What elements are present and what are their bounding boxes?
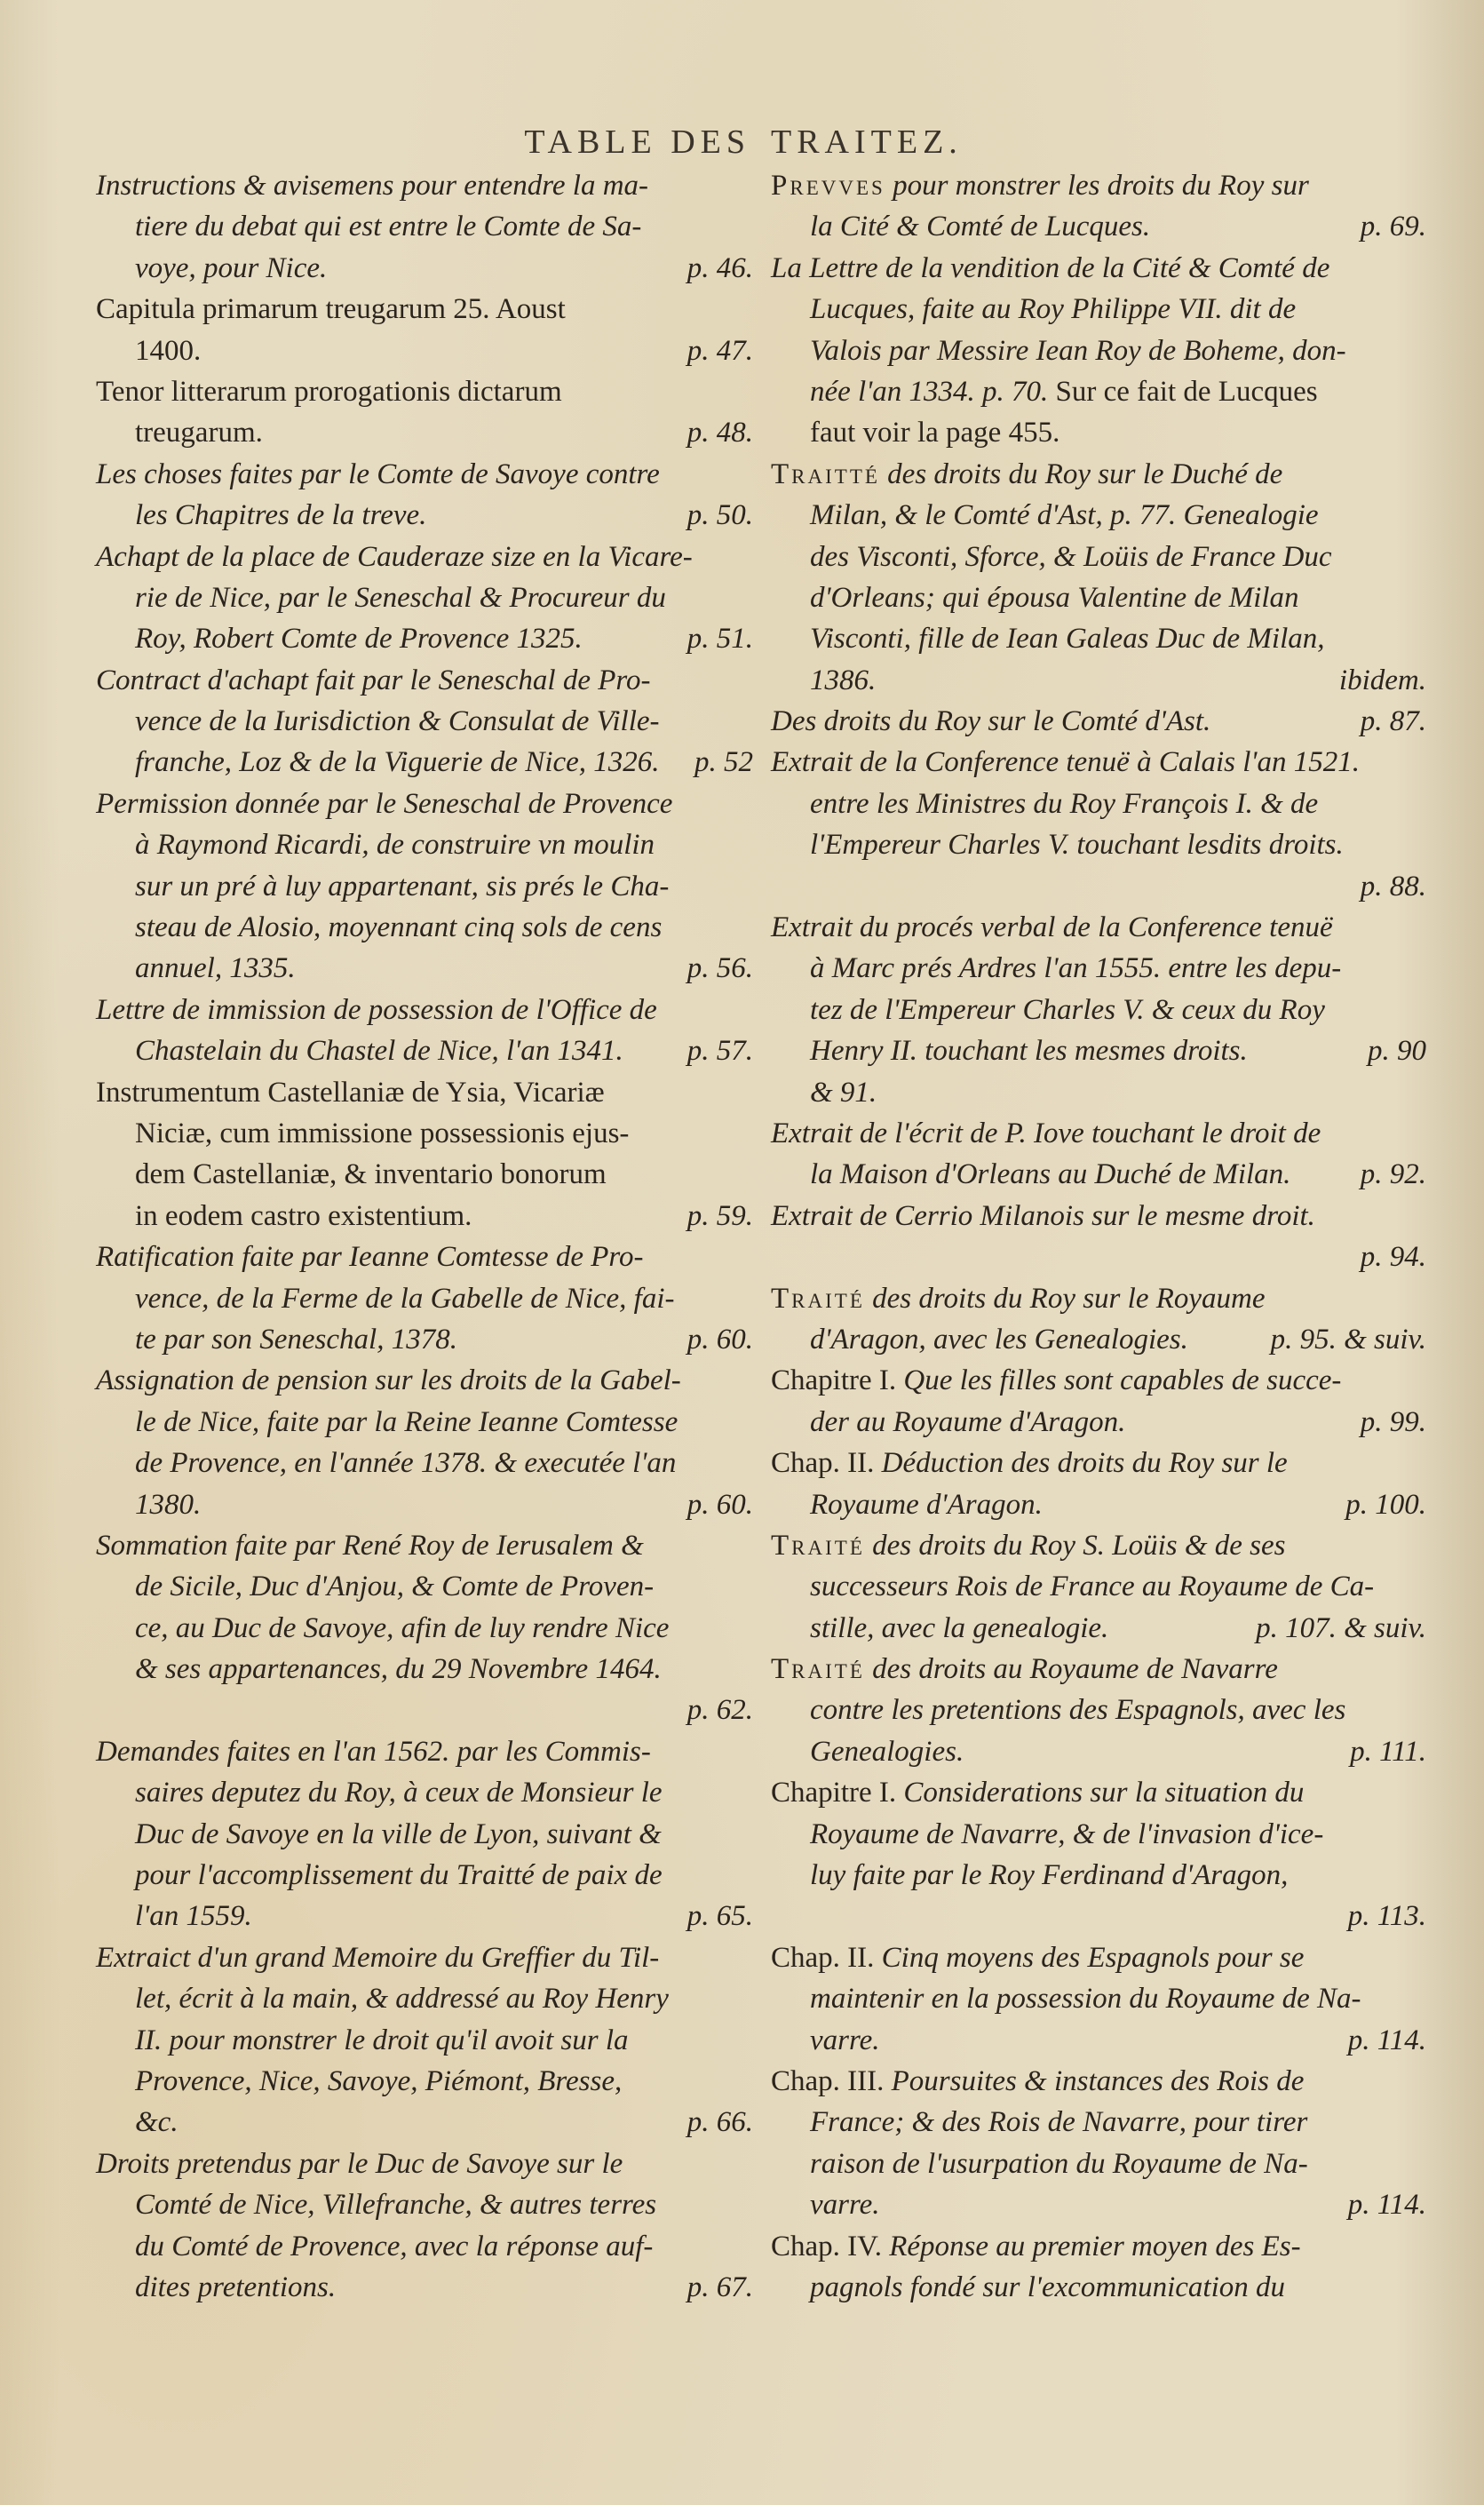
- page-reference: p. 51.: [673, 618, 753, 659]
- toc-line-text-group: &c.: [135, 2102, 179, 2143]
- toc-line: Traitté des droits du Roy sur le Duché d…: [771, 454, 1426, 495]
- toc-line-text-group: II. pour monstrer le droit qu'il avoit s…: [135, 2020, 629, 2061]
- toc-line: faut voir la page 455.: [771, 412, 1426, 453]
- toc-line-text-group: Traité des droits du Roy S. Loüis & de s…: [771, 1525, 1285, 1566]
- entry-title: Extrait de l'écrit de P. Iove touchant l…: [771, 1117, 1321, 1149]
- page-reference: p. 57.: [673, 1030, 753, 1071]
- toc-line: voye, pour Nice.p. 46.: [96, 248, 753, 289]
- toc-line-text-group: de Sicile, Duc d'Anjou, & Comte de Prove…: [135, 1566, 654, 1607]
- toc-line: de Sicile, Duc d'Anjou, & Comte de Prove…: [96, 1566, 753, 1607]
- toc-line-text-group: franche, Loz & de la Viguerie de Nice, 1…: [135, 742, 660, 783]
- toc-line-text-group: annuel, 1335.: [135, 948, 296, 989]
- page-reference: p. 47.: [673, 330, 753, 371]
- page-reference: p. 46.: [673, 248, 753, 289]
- toc-line: Instrumentum Castellaniæ de Ysia, Vicari…: [96, 1072, 753, 1113]
- toc-line: vence, de la Ferme de la Gabelle de Nice…: [96, 1278, 753, 1319]
- entry-title: Ratification faite par Ieanne Comtesse d…: [96, 1241, 644, 1273]
- toc-line-text-group: Chap. IV. Réponse au premier moyen des E…: [771, 2226, 1301, 2267]
- toc-entry: Contract d'achapt fait par le Seneschal …: [96, 660, 753, 783]
- page-reference: p. 113.: [1334, 1896, 1426, 1936]
- toc-line-text-group: faut voir la page 455.: [810, 412, 1059, 453]
- toc-line: contre les pretentions des Espagnols, av…: [771, 1690, 1426, 1730]
- toc-line-text-group: Duc de Savoye en la ville de Lyon, suiva…: [135, 1814, 662, 1855]
- entry-title: Extrait de la Conference tenuë à Calais …: [771, 746, 1360, 778]
- entry-title: vence de la Iurisdiction & Consulat de V…: [135, 705, 660, 737]
- toc-line: Comté de Nice, Villefranche, & autres te…: [96, 2184, 753, 2225]
- toc-line-text-group: dites pretentions.: [135, 2267, 336, 2308]
- entry-title: voye, pour Nice.: [135, 252, 327, 284]
- toc-line: rie de Nice, par le Seneschal & Procureu…: [96, 577, 753, 618]
- entry-title: Chastelain du Chastel de Nice, l'an 1341…: [135, 1035, 623, 1067]
- toc-line-text-group: vence de la Iurisdiction & Consulat de V…: [135, 701, 660, 742]
- page-reference: p. 114.: [1334, 2020, 1426, 2061]
- entry-title: franche, Loz & de la Viguerie de Nice, 1…: [135, 746, 660, 778]
- toc-line: Extrait de l'écrit de P. Iove touchant l…: [771, 1113, 1426, 1154]
- entry-title: Instrumentum Castellaniæ de Ysia, Vicari…: [96, 1077, 605, 1109]
- entry-title: let, écrit à la main, & addressé au Roy …: [135, 1983, 669, 2015]
- page-reference: p. 100.: [1331, 1484, 1426, 1525]
- toc-line-text-group: Roy, Robert Comte de Provence 1325.: [135, 618, 583, 659]
- toc-line: Contract d'achapt fait par le Seneschal …: [96, 660, 753, 701]
- entry-title: Royaume de Navarre, & de l'invasion d'ic…: [810, 1818, 1323, 1850]
- toc-line-text-group: voye, pour Nice.: [135, 248, 327, 289]
- entry-title: des droits du Roy sur le Duché de: [887, 458, 1282, 490]
- chapter-label: Chapitre I.: [771, 1364, 896, 1396]
- toc-line-text-group: France; & des Rois de Navarre, pour tire…: [810, 2102, 1307, 2143]
- toc-line: franche, Loz & de la Viguerie de Nice, 1…: [96, 742, 753, 783]
- toc-line-text-group: sur un pré à luy appartenant, sis prés l…: [135, 866, 669, 907]
- toc-line: Milan, & le Comté d'Ast, p. 77. Genealog…: [771, 495, 1426, 536]
- entry-title: Instructions & avisemens pour entendre l…: [96, 170, 648, 202]
- toc-line: p. 62.: [96, 1690, 753, 1730]
- running-head-left: TABLE DES: [497, 123, 750, 162]
- entry-note: Sur ce fait de Lucques: [1056, 376, 1318, 408]
- entry-title: treugarum.: [135, 417, 263, 449]
- toc-entry: Extrait de l'écrit de P. Iove touchant l…: [771, 1113, 1426, 1196]
- toc-line: à Raymond Ricardi, de construire vn moul…: [96, 824, 753, 865]
- page-reference: p. 67.: [673, 2267, 753, 2308]
- toc-entry: Chapitre I. Que les filles sont capables…: [771, 1360, 1426, 1443]
- toc-line: &c.p. 66.: [96, 2102, 753, 2143]
- toc-line: sur un pré à luy appartenant, sis prés l…: [96, 866, 753, 907]
- toc-line: Traité des droits au Royaume de Navarre: [771, 1649, 1426, 1690]
- toc-line: des Visconti, Sforce, & Loüis de France …: [771, 537, 1426, 577]
- toc-line-text-group: Des droits du Roy sur le Comté d'Ast.: [771, 701, 1210, 742]
- entry-title: Des droits du Roy sur le Comté d'Ast.: [771, 705, 1210, 737]
- toc-line: Lucques, faite au Roy Philippe VII. dit …: [771, 289, 1426, 330]
- entry-title: des droits au Royaume de Navarre: [872, 1653, 1278, 1685]
- toc-line-text-group: Assignation de pension sur les droits de…: [96, 1360, 681, 1401]
- toc-line-text-group: d'Aragon, avec les Genealogies.: [810, 1319, 1188, 1360]
- toc-line: Instructions & avisemens pour entendre l…: [96, 165, 753, 206]
- toc-line-text-group: Genealogies.: [810, 1731, 964, 1772]
- toc-line-text-group: 1400.: [135, 330, 201, 371]
- toc-line-text-group: l'Empereur Charles V. touchant lesdits d…: [810, 824, 1344, 865]
- toc-line: Demandes faites en l'an 1562. par les Co…: [96, 1731, 753, 1772]
- toc-line: p. 88.: [771, 866, 1426, 907]
- toc-line: née l'an 1334. p. 70. Sur ce fait de Luc…: [771, 371, 1426, 412]
- toc-line: 1386.ibidem.: [771, 660, 1426, 701]
- entry-title: der au Royaume d'Aragon.: [810, 1406, 1125, 1438]
- entry-title: Visconti, fille de Iean Galeas Duc de Mi…: [810, 623, 1325, 655]
- toc-line-text-group: Lucques, faite au Roy Philippe VII. dit …: [810, 289, 1296, 330]
- toc-line-text-group: Chastelain du Chastel de Nice, l'an 1341…: [135, 1030, 623, 1071]
- entry-title: des droits du Roy S. Loüis & de ses: [872, 1530, 1285, 1562]
- toc-line-text-group: Royaume de Navarre, & de l'invasion d'ic…: [810, 1814, 1323, 1855]
- toc-line: Traité des droits du Roy S. Loüis & de s…: [771, 1525, 1426, 1566]
- page-reference: p. 88.: [1346, 866, 1426, 907]
- toc-line: Lettre de immission de possession de l'O…: [96, 990, 753, 1030]
- toc-line-text-group: Tenor litterarum prorogationis dictarum: [96, 371, 562, 412]
- toc-line: entre les Ministres du Roy François I. &…: [771, 783, 1426, 824]
- toc-line: Chapitre I. Considerations sur la situat…: [771, 1772, 1426, 1813]
- toc-line-text-group: Chap. II. Déduction des droits du Roy su…: [771, 1443, 1288, 1483]
- entry-title: Contract d'achapt fait par le Seneschal …: [96, 664, 651, 696]
- toc-entry: Permission donnée par le Seneschal de Pr…: [96, 783, 753, 990]
- toc-line: l'an 1559.p. 65.: [96, 1896, 753, 1936]
- toc-line: La Lettre de la vendition de la Cité & C…: [771, 248, 1426, 289]
- toc-line: dites pretentions.p. 67.: [96, 2267, 753, 2308]
- chapter-label: Chapitre I.: [771, 1777, 896, 1809]
- toc-entry: Traitté des droits du Roy sur le Duché d…: [771, 454, 1426, 701]
- entry-title: 1400.: [135, 335, 201, 367]
- entry-title: Lettre de immission de possession de l'O…: [96, 994, 657, 1026]
- toc-entry: Extrait du procés verbal de la Conferenc…: [771, 907, 1426, 1113]
- entry-title: steau de Alosio, moyennant cinq sols de …: [135, 911, 662, 943]
- entry-title: Duc de Savoye en la ville de Lyon, suiva…: [135, 1818, 662, 1850]
- toc-line-text-group: Niciæ, cum immissione possessionis ejus-: [135, 1113, 629, 1154]
- toc-line-text-group: Extraict d'un grand Memoire du Greffier …: [96, 1937, 659, 1978]
- entry-title: Niciæ, cum immissione possessionis ejus-: [135, 1117, 629, 1149]
- toc-entry: Capitula primarum treugarum 25. Aoust140…: [96, 289, 753, 371]
- entry-title: entre les Ministres du Roy François I. &…: [810, 788, 1318, 820]
- entry-title: Milan, & le Comté d'Ast, p. 77. Genealog…: [810, 499, 1319, 531]
- toc-line: p. 113.: [771, 1896, 1426, 1936]
- toc-entry: Extraict d'un grand Memoire du Greffier …: [96, 1937, 753, 2143]
- toc-line-text-group: Ratification faite par Ieanne Comtesse d…: [96, 1237, 644, 1277]
- toc-line-text-group: successeurs Rois de France au Royaume de…: [810, 1566, 1374, 1607]
- toc-entry: Achapt de la place de Cauderaze size en …: [96, 537, 753, 660]
- toc-line: tez de l'Empereur Charles V. & ceux du R…: [771, 990, 1426, 1030]
- entry-title: Déduction des droits du Roy sur le: [882, 1447, 1288, 1479]
- toc-entry: Traité des droits au Royaume de Navarrec…: [771, 1649, 1426, 1772]
- entry-title: pour monstrer les droits du Roy sur: [893, 170, 1309, 202]
- entry-title: Provence, Nice, Savoye, Piémont, Bresse,: [135, 2065, 622, 2097]
- page-reference: p. 99.: [1346, 1402, 1426, 1443]
- toc-line-text-group: de Provence, en l'année 1378. & executée…: [135, 1443, 676, 1483]
- entry-title: d'Orleans; qui épousa Valentine de Milan: [810, 582, 1299, 614]
- toc-line: le de Nice, faite par la Reine Ieanne Co…: [96, 1402, 753, 1443]
- toc-line: Henry II. touchant les mesmes droits.p. …: [771, 1030, 1426, 1071]
- entry-title: Que les filles sont capables de succe-: [903, 1364, 1341, 1396]
- left-column: Instructions & avisemens pour entendre l…: [96, 165, 753, 2308]
- toc-line: pour l'accomplissement du Traitté de pai…: [96, 1855, 753, 1896]
- toc-line: successeurs Rois de France au Royaume de…: [771, 1566, 1426, 1607]
- entry-title: à Raymond Ricardi, de construire vn moul…: [135, 829, 655, 861]
- entry-title: d'Aragon, avec les Genealogies.: [810, 1324, 1188, 1356]
- entry-title: sur un pré à luy appartenant, sis prés l…: [135, 871, 669, 903]
- entry-title: dem Castellaniæ, & inventario bonorum: [135, 1158, 607, 1190]
- toc-line-text-group: Instructions & avisemens pour entendre l…: [96, 165, 648, 206]
- page-reference: p. 65.: [673, 1896, 753, 1936]
- toc-line-text-group: la Maison d'Orleans au Duché de Milan.: [810, 1154, 1290, 1195]
- toc-line: let, écrit à la main, & addressé au Roy …: [96, 1978, 753, 2019]
- toc-line-text-group: Les choses faites par le Comte de Savoye…: [96, 454, 660, 495]
- toc-line: la Maison d'Orleans au Duché de Milan.p.…: [771, 1154, 1426, 1195]
- toc-line-text-group: Milan, & le Comté d'Ast, p. 77. Genealog…: [810, 495, 1319, 536]
- entry-title: Royaume d'Aragon.: [810, 1489, 1043, 1521]
- toc-line: Royaume de Navarre, & de l'invasion d'ic…: [771, 1814, 1426, 1855]
- toc-line-text-group: entre les Ministres du Roy François I. &…: [810, 783, 1318, 824]
- entry-title: Extraict d'un grand Memoire du Greffier …: [96, 1942, 659, 1974]
- toc-line-text-group: Chap. II. Cinq moyens des Espagnols pour…: [771, 1937, 1304, 1978]
- toc-line-text-group: Extrait de Cerrio Milanois sur le mesme …: [771, 1196, 1315, 1237]
- page-reference: p. 62.: [673, 1690, 753, 1730]
- toc-entry: Chap. II. Déduction des droits du Roy su…: [771, 1443, 1426, 1525]
- toc-line-text-group: Droits pretendus par le Duc de Savoye su…: [96, 2143, 623, 2184]
- toc-line-text-group: des Visconti, Sforce, & Loüis de France …: [810, 537, 1331, 577]
- toc-line-text-group: luy faite par le Roy Ferdinand d'Aragon,: [810, 1855, 1288, 1896]
- right-column: Prevves pour monstrer les droits du Roy …: [771, 165, 1426, 2308]
- toc-line: Chastelain du Chastel de Nice, l'an 1341…: [96, 1030, 753, 1071]
- toc-line-text-group: à Raymond Ricardi, de construire vn moul…: [135, 824, 655, 865]
- entry-title: Permission donnée par le Seneschal de Pr…: [96, 788, 672, 820]
- toc-line-text-group: Extrait de la Conference tenuë à Calais …: [771, 742, 1360, 783]
- entry-title: née l'an 1334. p. 70.: [810, 376, 1048, 408]
- toc-line: Traité des droits du Roy sur le Royaume: [771, 1278, 1426, 1319]
- toc-line: 1400.p. 47.: [96, 330, 753, 371]
- entry-title: Extrait de Cerrio Milanois sur le mesme …: [771, 1200, 1315, 1232]
- page-reference: p. 111.: [1336, 1731, 1426, 1772]
- entry-title: Considerations sur la situation du: [903, 1777, 1304, 1809]
- entry-title: luy faite par le Roy Ferdinand d'Aragon,: [810, 1859, 1288, 1891]
- entry-title: des droits du Roy sur le Royaume: [872, 1283, 1265, 1315]
- entry-title: des Visconti, Sforce, & Loüis de France …: [810, 541, 1331, 573]
- entry-title: pour l'accomplissement du Traitté de pai…: [135, 1859, 663, 1891]
- toc-line: du Comté de Provence, avec la réponse au…: [96, 2226, 753, 2267]
- entry-title: ce, au Duc de Savoye, afin de luy rendre…: [135, 1612, 669, 1644]
- toc-line: Des droits du Roy sur le Comté d'Ast.p. …: [771, 701, 1426, 742]
- toc-line: de Provence, en l'année 1378. & executée…: [96, 1443, 753, 1483]
- toc-entry: Chapitre I. Considerations sur la situat…: [771, 1772, 1426, 1937]
- entry-title: successeurs Rois de France au Royaume de…: [810, 1571, 1374, 1602]
- toc-line-text-group: Instrumentum Castellaniæ de Ysia, Vicari…: [96, 1072, 605, 1113]
- entry-title: Valois par Messire Iean Roy de Boheme, d…: [810, 335, 1346, 367]
- toc-line: steau de Alosio, moyennant cinq sols de …: [96, 907, 753, 948]
- toc-line: & 91.: [771, 1072, 1426, 1113]
- toc-line-text-group: stille, avec la genealogie.: [810, 1608, 1108, 1649]
- entry-title: du Comté de Provence, avec la réponse au…: [135, 2231, 653, 2262]
- entry-title: varre.: [810, 2189, 880, 2221]
- toc-entry: Chap. IV. Réponse au premier moyen des E…: [771, 2226, 1426, 2309]
- toc-line-text-group: Achapt de la place de Cauderaze size en …: [96, 537, 693, 577]
- toc-line: der au Royaume d'Aragon.p. 99.: [771, 1402, 1426, 1443]
- section-heading-smallcaps: Prevves: [771, 170, 885, 202]
- entry-title: la Cité & Comté de Lucques.: [810, 211, 1150, 243]
- toc-line: Les choses faites par le Comte de Savoye…: [96, 454, 753, 495]
- entry-title: à Marc prés Ardres l'an 1555. entre les …: [810, 952, 1341, 984]
- toc-line-text-group: Traité des droits au Royaume de Navarre: [771, 1649, 1278, 1690]
- toc-line-text-group: varre.: [810, 2020, 880, 2061]
- toc-line: tiere du debat qui est entre le Comte de…: [96, 206, 753, 247]
- toc-line: raison de l'usurpation du Royaume de Na-: [771, 2143, 1426, 2184]
- toc-line-text-group: Comté de Nice, Villefranche, & autres te…: [135, 2184, 656, 2225]
- entry-title: la Maison d'Orleans au Duché de Milan.: [810, 1158, 1290, 1190]
- chapter-label: Chap. II.: [771, 1942, 874, 1974]
- toc-line: Royaume d'Aragon.p. 100.: [771, 1484, 1426, 1525]
- toc-line-text-group: à Marc prés Ardres l'an 1555. entre les …: [810, 948, 1341, 989]
- toc-line-text-group: Extrait du procés verbal de la Conferenc…: [771, 907, 1333, 948]
- toc-line-text-group: Henry II. touchant les mesmes droits.: [810, 1030, 1248, 1071]
- toc-entry: Lettre de immission de possession de l'O…: [96, 990, 753, 1072]
- entry-title: saires deputez du Roy, à ceux de Monsieu…: [135, 1777, 663, 1809]
- toc-line-text-group: Chap. III. Poursuites & instances des Ro…: [771, 2061, 1304, 2102]
- toc-line: d'Aragon, avec les Genealogies.p. 95. & …: [771, 1319, 1426, 1360]
- entry-title: Demandes faites en l'an 1562. par les Co…: [96, 1736, 651, 1768]
- toc-line: ce, au Duc de Savoye, afin de luy rendre…: [96, 1608, 753, 1649]
- entry-title: Réponse au premier moyen des Es-: [889, 2231, 1300, 2262]
- entry-title: Comté de Nice, Villefranche, & autres te…: [135, 2189, 656, 2221]
- toc-line: France; & des Rois de Navarre, pour tire…: [771, 2102, 1426, 2143]
- page-reference: p. 56.: [673, 948, 753, 989]
- toc-line: Ratification faite par Ieanne Comtesse d…: [96, 1237, 753, 1277]
- page-reference: p. 60.: [673, 1484, 753, 1525]
- entry-title: 1386.: [810, 664, 876, 696]
- toc-entry: Chap. III. Poursuites & instances des Ro…: [771, 2061, 1426, 2226]
- entry-title: tiere du debat qui est entre le Comte de…: [135, 211, 641, 243]
- toc-line-text-group: te par son Seneschal, 1378.: [135, 1319, 457, 1360]
- toc-line: la Cité & Comté de Lucques.p. 69.: [771, 206, 1426, 247]
- entry-title: in eodem castro existentium.: [135, 1200, 472, 1232]
- toc-line-text-group: pagnols fondé sur l'excommunication du: [810, 2267, 1285, 2308]
- toc-line-text-group: d'Orleans; qui épousa Valentine de Milan: [810, 577, 1299, 618]
- entry-title: maintenir en la possession du Royaume de…: [810, 1983, 1361, 2015]
- toc-line: Permission donnée par le Seneschal de Pr…: [96, 783, 753, 824]
- toc-line: les Chapitres de la treve.p. 50.: [96, 495, 753, 536]
- toc-line-text-group: tiere du debat qui est entre le Comte de…: [135, 206, 641, 247]
- toc-line: 1380.p. 60.: [96, 1484, 753, 1525]
- entry-title: & ses appartenances, du 29 Novembre 1464…: [135, 1653, 662, 1685]
- toc-line-text-group: née l'an 1334. p. 70. Sur ce fait de Luc…: [810, 371, 1318, 412]
- entry-title: dites pretentions.: [135, 2271, 336, 2303]
- toc-line: te par son Seneschal, 1378.p. 60.: [96, 1319, 753, 1360]
- toc-line: vence de la Iurisdiction & Consulat de V…: [96, 701, 753, 742]
- entry-title: Assignation de pension sur les droits de…: [96, 1364, 681, 1396]
- entry-title: La Lettre de la vendition de la Cité & C…: [771, 252, 1329, 284]
- toc-entry: Tenor litterarum prorogationis dictarumt…: [96, 371, 753, 454]
- toc-line-text-group: Traité des droits du Roy sur le Royaume: [771, 1278, 1266, 1319]
- entry-title: l'Empereur Charles V. touchant lesdits d…: [810, 829, 1344, 861]
- toc-entry: Traité des droits du Roy S. Loüis & de s…: [771, 1525, 1426, 1649]
- toc-entry: Les choses faites par le Comte de Savoye…: [96, 454, 753, 537]
- toc-line-text-group: Prevves pour monstrer les droits du Roy …: [771, 165, 1309, 206]
- entry-title: 1380.: [135, 1489, 201, 1521]
- toc-line: Provence, Nice, Savoye, Piémont, Bresse,: [96, 2061, 753, 2102]
- toc-line: Chap. II. Déduction des droits du Roy su…: [771, 1443, 1426, 1483]
- toc-line-text-group: steau de Alosio, moyennant cinq sols de …: [135, 907, 662, 948]
- toc-line-text-group: Valois par Messire Iean Roy de Boheme, d…: [810, 330, 1346, 371]
- toc-line-text-group: & 91.: [810, 1072, 877, 1113]
- chapter-label: Chap. III.: [771, 2065, 884, 2097]
- entry-title: Genealogies.: [810, 1736, 964, 1768]
- page-reference: p. 94.: [1346, 1237, 1426, 1277]
- page-reference: p. 90: [1353, 1030, 1426, 1071]
- page-reference: p. 87.: [1346, 701, 1426, 742]
- entry-title: stille, avec la genealogie.: [810, 1612, 1108, 1644]
- toc-line-text-group: Contract d'achapt fait par le Seneschal …: [96, 660, 651, 701]
- toc-line: maintenir en la possession du Royaume de…: [771, 1978, 1426, 2019]
- toc-line: & ses appartenances, du 29 Novembre 1464…: [96, 1649, 753, 1690]
- toc-line-text-group: 1380.: [135, 1484, 201, 1525]
- toc-line-text-group: ce, au Duc de Savoye, afin de luy rendre…: [135, 1608, 669, 1649]
- entry-title: Poursuites & instances des Rois de: [892, 2065, 1305, 2097]
- running-head-right: TRAITEZ.: [771, 123, 963, 162]
- toc-line-text-group: la Cité & Comté de Lucques.: [810, 206, 1150, 247]
- section-heading-smallcaps: Traitté: [771, 458, 880, 490]
- section-heading-smallcaps: Traité: [771, 1530, 865, 1562]
- toc-line-text-group: Permission donnée par le Seneschal de Pr…: [96, 783, 672, 824]
- toc-entry: Instructions & avisemens pour entendre l…: [96, 165, 753, 289]
- entry-title: Droits pretendus par le Duc de Savoye su…: [96, 2148, 623, 2180]
- toc-line: treugarum.p. 48.: [96, 412, 753, 453]
- toc-entry: Extrait de Cerrio Milanois sur le mesme …: [771, 1196, 1426, 1278]
- entry-title: contre les pretentions des Espagnols, av…: [810, 1694, 1345, 1726]
- page-reference: p. 50.: [673, 495, 753, 536]
- toc-line: dem Castellaniæ, & inventario bonorum: [96, 1154, 753, 1195]
- toc-line-text-group: pour l'accomplissement du Traitté de pai…: [135, 1855, 663, 1896]
- page-reference: p. 69.: [1346, 206, 1426, 247]
- page-reference: p. 48.: [673, 412, 753, 453]
- toc-line-text-group: les Chapitres de la treve.: [135, 495, 426, 536]
- toc-entry: Sommation faite par René Roy de Ierusale…: [96, 1525, 753, 1731]
- toc-line: Chapitre I. Que les filles sont capables…: [771, 1360, 1426, 1401]
- toc-line-text-group: treugarum.: [135, 412, 263, 453]
- toc-line-text-group: Provence, Nice, Savoye, Piémont, Bresse,: [135, 2061, 622, 2102]
- toc-line-text-group: l'an 1559.: [135, 1896, 252, 1936]
- page-reference: p. 66.: [673, 2102, 753, 2143]
- toc-line: Chap. IV. Réponse au premier moyen des E…: [771, 2226, 1426, 2267]
- toc-line: annuel, 1335.p. 56.: [96, 948, 753, 989]
- toc-line: d'Orleans; qui épousa Valentine de Milan: [771, 577, 1426, 618]
- toc-line-text-group: & ses appartenances, du 29 Novembre 1464…: [135, 1649, 662, 1690]
- toc-line-text-group: tez de l'Empereur Charles V. & ceux du R…: [810, 990, 1325, 1030]
- toc-line: in eodem castro existentium.p. 59.: [96, 1196, 753, 1237]
- entry-title: France; & des Rois de Navarre, pour tire…: [810, 2106, 1307, 2138]
- toc-line: Genealogies.p. 111.: [771, 1731, 1426, 1772]
- toc-line: luy faite par le Roy Ferdinand d'Aragon,: [771, 1855, 1426, 1896]
- section-heading-smallcaps: Traité: [771, 1653, 865, 1685]
- toc-line-text-group: vence, de la Ferme de la Gabelle de Nice…: [135, 1278, 675, 1319]
- toc-line: Capitula primarum treugarum 25. Aoust: [96, 289, 753, 330]
- toc-line: Sommation faite par René Roy de Ierusale…: [96, 1525, 753, 1566]
- entry-title: varre.: [810, 2024, 880, 2056]
- entry-title: Extrait du procés verbal de la Conferenc…: [771, 911, 1333, 943]
- entry-title: pagnols fondé sur l'excommunication du: [810, 2271, 1285, 2303]
- toc-line: Chap. III. Poursuites & instances des Ro…: [771, 2061, 1426, 2102]
- toc-line: Tenor litterarum prorogationis dictarum: [96, 371, 753, 412]
- toc-line-text-group: let, écrit à la main, & addressé au Roy …: [135, 1978, 669, 2019]
- toc-line: Extraict d'un grand Memoire du Greffier …: [96, 1937, 753, 1978]
- toc-line: Duc de Savoye en la ville de Lyon, suiva…: [96, 1814, 753, 1855]
- entry-title: Henry II. touchant les mesmes droits.: [810, 1035, 1248, 1067]
- toc-line: Droits pretendus par le Duc de Savoye su…: [96, 2143, 753, 2184]
- entry-title: Sommation faite par René Roy de Ierusale…: [96, 1530, 644, 1562]
- entry-title: faut voir la page 455.: [810, 417, 1059, 449]
- toc-line: l'Empereur Charles V. touchant lesdits d…: [771, 824, 1426, 865]
- toc-line-text-group: dem Castellaniæ, & inventario bonorum: [135, 1154, 607, 1195]
- toc-line-text-group: der au Royaume d'Aragon.: [810, 1402, 1125, 1443]
- entry-title: tez de l'Empereur Charles V. & ceux du R…: [810, 994, 1325, 1026]
